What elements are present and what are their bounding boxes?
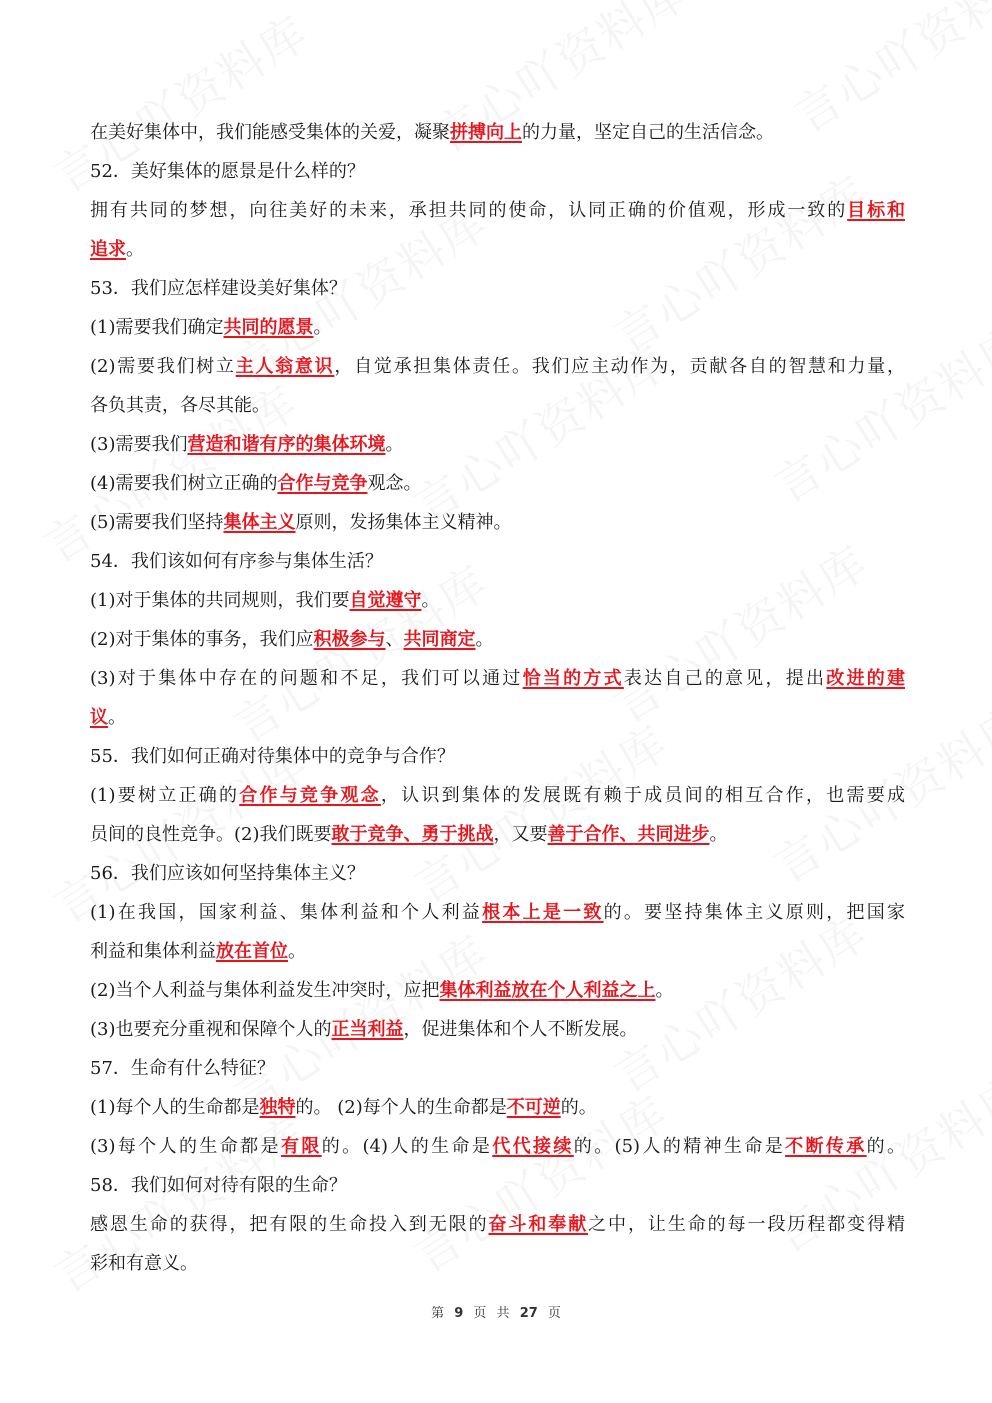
text-segment: 之中，让生命的每一段历程都变得精 — [588, 1214, 905, 1235]
text-line: (2)当个人利益与集体利益发生冲突时，应把集体利益放在个人利益之上。 — [90, 971, 905, 1010]
text-segment: 彩和有意义。 — [90, 1253, 198, 1274]
highlighted-keyword: 改进的建 — [826, 668, 905, 689]
highlighted-keyword: 恰当的方式 — [523, 668, 624, 689]
text-line: (2)对于集体的事务，我们应积极参与、共同商定。 — [90, 620, 905, 659]
text-segment: ，认识到集体的发展既有赖于成员间的相互合作，也需要成 — [381, 785, 905, 806]
document-body: 在美好集体中，我们能感受集体的关爱，凝聚拼搏向上的力量，坚定自己的生活信念。52… — [90, 113, 905, 1283]
highlighted-keyword: 积极参与 — [314, 629, 386, 650]
text-segment: ，促进集体和个人不断发展。 — [404, 1019, 638, 1040]
highlighted-keyword: 有限 — [281, 1136, 322, 1157]
highlighted-keyword: 追求 — [90, 239, 126, 260]
footer-prefix: 第 — [431, 1306, 444, 1321]
highlighted-keyword: 合作与竞争观念 — [239, 785, 381, 806]
text-segment: 的。要坚持集体主义原则，把国家 — [604, 902, 905, 923]
text-segment: (4)需要我们树立正确的 — [90, 473, 278, 494]
highlighted-keyword: 独特 — [260, 1097, 296, 1118]
text-segment: 感恩生命的获得，把有限的生命投入到无限的 — [90, 1214, 489, 1235]
text-segment: (5)需要我们坚持 — [90, 512, 224, 533]
text-line: 议。 — [90, 698, 905, 737]
text-segment: (2)当个人利益与集体利益发生冲突时，应把 — [90, 980, 440, 1001]
text-line: 感恩生命的获得，把有限的生命投入到无限的奋斗和奉献之中，让生命的每一段历程都变得… — [90, 1205, 905, 1244]
highlighted-keyword: 合作与竞争 — [278, 473, 368, 494]
highlighted-keyword: 敢于竞争、勇于挑战 — [332, 824, 494, 845]
text-segment: 表达自己的意见，提出 — [624, 668, 826, 689]
text-segment: 54．我们该如何有序参与集体生活？ — [90, 551, 383, 572]
text-segment: 55．我们如何正确对待集体中的竞争与合作？ — [90, 746, 455, 767]
text-segment: 拥有共同的梦想，向往美好的未来，承担共同的使命，认同正确的价值观，形成一致的 — [90, 200, 847, 221]
text-segment: 观念。 — [368, 473, 422, 494]
text-segment: (3)需要我们 — [90, 434, 188, 455]
total-page-count: 27 — [520, 1306, 538, 1321]
highlighted-keyword: 集体利益放在个人利益之上 — [440, 980, 656, 1001]
text-segment: 。 — [108, 707, 126, 728]
text-line: 各负其责，各尽其能。 — [90, 386, 905, 425]
footer-mid: 页 共 — [473, 1306, 509, 1321]
text-segment: (2)需要我们树立 — [90, 356, 236, 377]
text-segment: 的。 (2)每个人的生命都是 — [296, 1097, 507, 1118]
highlighted-keyword: 不断传承 — [785, 1136, 867, 1157]
text-segment: ，又要 — [494, 824, 548, 845]
text-line: 在美好集体中，我们能感受集体的关爱，凝聚拼搏向上的力量，坚定自己的生活信念。 — [90, 113, 905, 152]
text-line: 57．生命有什么特征？ — [90, 1049, 905, 1088]
text-segment: 的。 — [561, 1097, 597, 1118]
text-segment: (1)在我国，国家利益、集体利益和个人利益 — [90, 902, 482, 923]
text-segment: 。 — [710, 824, 728, 845]
page-footer: 第 9 页 共 27 页 — [0, 1302, 992, 1321]
highlighted-keyword: 正当利益 — [332, 1019, 404, 1040]
text-line: 52．美好集体的愿景是什么样的？ — [90, 152, 905, 191]
text-segment: 员间的良性竞争。(2)我们既要 — [90, 824, 332, 845]
text-line: (1)在我国，国家利益、集体利益和个人利益根本上是一致的。要坚持集体主义原则，把… — [90, 893, 905, 932]
text-segment: 。 — [476, 629, 494, 650]
highlighted-keyword: 根本上是一致 — [482, 902, 603, 923]
text-segment: 各负其责，各尽其能。 — [90, 395, 270, 416]
text-line: (1)需要我们确定共同的愿景。 — [90, 308, 905, 347]
highlighted-keyword: 放在首位 — [216, 941, 288, 962]
text-line: (3)对于集体中存在的问题和不足，我们可以通过恰当的方式表达自己的意见，提出改进… — [90, 659, 905, 698]
text-line: (1)要树立正确的合作与竞争观念，认识到集体的发展既有赖于成员间的相互合作，也需… — [90, 776, 905, 815]
text-line: 拥有共同的梦想，向往美好的未来，承担共同的使命，认同正确的价值观，形成一致的目标… — [90, 191, 905, 230]
text-segment: (1)每个人的生命都是 — [90, 1097, 260, 1118]
text-segment: (1)要树立正确的 — [90, 785, 239, 806]
text-segment: 。 — [288, 941, 306, 962]
text-segment: 的。(4)人的生命是 — [322, 1136, 493, 1157]
text-segment: (3)每个人的生命都是 — [90, 1136, 281, 1157]
text-segment: 。 — [422, 590, 440, 611]
text-line: (3)需要我们营造和谐有序的集体环境。 — [90, 425, 905, 464]
text-line: 利益和集体利益放在首位。 — [90, 932, 905, 971]
highlighted-keyword: 奋斗和奉献 — [489, 1214, 589, 1235]
text-line: 员间的良性竞争。(2)我们既要敢于竞争、勇于挑战，又要善于合作、共同进步。 — [90, 815, 905, 854]
text-line: (3)每个人的生命都是有限的。(4)人的生命是代代接续的。(5)人的精神生命是不… — [90, 1127, 905, 1166]
text-segment: (3)也要充分重视和保障个人的 — [90, 1019, 332, 1040]
highlighted-keyword: 善于合作、共同进步 — [548, 824, 710, 845]
text-segment: (3)对于集体中存在的问题和不足，我们可以通过 — [90, 668, 523, 689]
text-segment: 56．我们应该如何坚持集体主义？ — [90, 863, 365, 884]
text-segment: 利益和集体利益 — [90, 941, 216, 962]
text-line: (3)也要充分重视和保障个人的正当利益，促进集体和个人不断发展。 — [90, 1010, 905, 1049]
highlighted-keyword: 主人翁意识 — [236, 356, 335, 377]
text-segment: 52．美好集体的愿景是什么样的？ — [90, 161, 365, 182]
highlighted-keyword: 不可逆 — [507, 1097, 561, 1118]
text-segment: 原则，发扬集体主义精神。 — [296, 512, 512, 533]
text-segment: 的。(5)人的精神生命是 — [574, 1136, 785, 1157]
text-line: (4)需要我们树立正确的合作与竞争观念。 — [90, 464, 905, 503]
text-segment: 。 — [386, 434, 404, 455]
highlighted-keyword: 共同商定 — [404, 629, 476, 650]
text-segment: (2)对于集体的事务，我们应 — [90, 629, 314, 650]
text-segment: 的。 — [867, 1136, 905, 1157]
text-line: 追求。 — [90, 230, 905, 269]
text-segment: 、 — [386, 629, 404, 650]
text-line: 53．我们应怎样建设美好集体？ — [90, 269, 905, 308]
highlighted-keyword: 拼搏向上 — [450, 122, 522, 143]
highlighted-keyword: 议 — [90, 707, 108, 728]
text-segment: 53．我们应怎样建设美好集体？ — [90, 278, 347, 299]
current-page-number: 9 — [454, 1306, 463, 1321]
text-segment: 在美好集体中，我们能感受集体的关爱，凝聚 — [90, 122, 450, 143]
text-line: 彩和有意义。 — [90, 1244, 905, 1283]
text-line: (1)每个人的生命都是独特的。 (2)每个人的生命都是不可逆的。 — [90, 1088, 905, 1127]
text-line: 54．我们该如何有序参与集体生活？ — [90, 542, 905, 581]
footer-suffix: 页 — [548, 1306, 561, 1321]
text-line: (2)需要我们树立主人翁意识，自觉承担集体责任。我们应主动作为，贡献各自的智慧和… — [90, 347, 905, 386]
text-segment: 58．我们如何对待有限的生命？ — [90, 1175, 347, 1196]
text-segment: ，自觉承担集体责任。我们应主动作为，贡献各自的智慧和力量， — [334, 356, 905, 377]
highlighted-keyword: 集体主义 — [224, 512, 296, 533]
highlighted-keyword: 代代接续 — [492, 1136, 574, 1157]
text-segment: 57．生命有什么特征？ — [90, 1058, 275, 1079]
text-segment: 。 — [656, 980, 674, 1001]
highlighted-keyword: 自觉遵守 — [350, 590, 422, 611]
text-segment: 的力量，坚定自己的生活信念。 — [522, 122, 774, 143]
highlighted-keyword: 营造和谐有序的集体环境 — [188, 434, 386, 455]
text-line: (5)需要我们坚持集体主义原则，发扬集体主义精神。 — [90, 503, 905, 542]
text-segment: (1)需要我们确定 — [90, 317, 224, 338]
text-segment: 。 — [314, 317, 332, 338]
text-segment: 。 — [126, 239, 144, 260]
highlighted-keyword: 目标和 — [847, 200, 905, 221]
highlighted-keyword: 共同的愿景 — [224, 317, 314, 338]
text-line: 56．我们应该如何坚持集体主义？ — [90, 854, 905, 893]
text-line: (1)对于集体的共同规则，我们要自觉遵守。 — [90, 581, 905, 620]
text-line: 55．我们如何正确对待集体中的竞争与合作？ — [90, 737, 905, 776]
text-line: 58．我们如何对待有限的生命？ — [90, 1166, 905, 1205]
text-segment: (1)对于集体的共同规则，我们要 — [90, 590, 350, 611]
